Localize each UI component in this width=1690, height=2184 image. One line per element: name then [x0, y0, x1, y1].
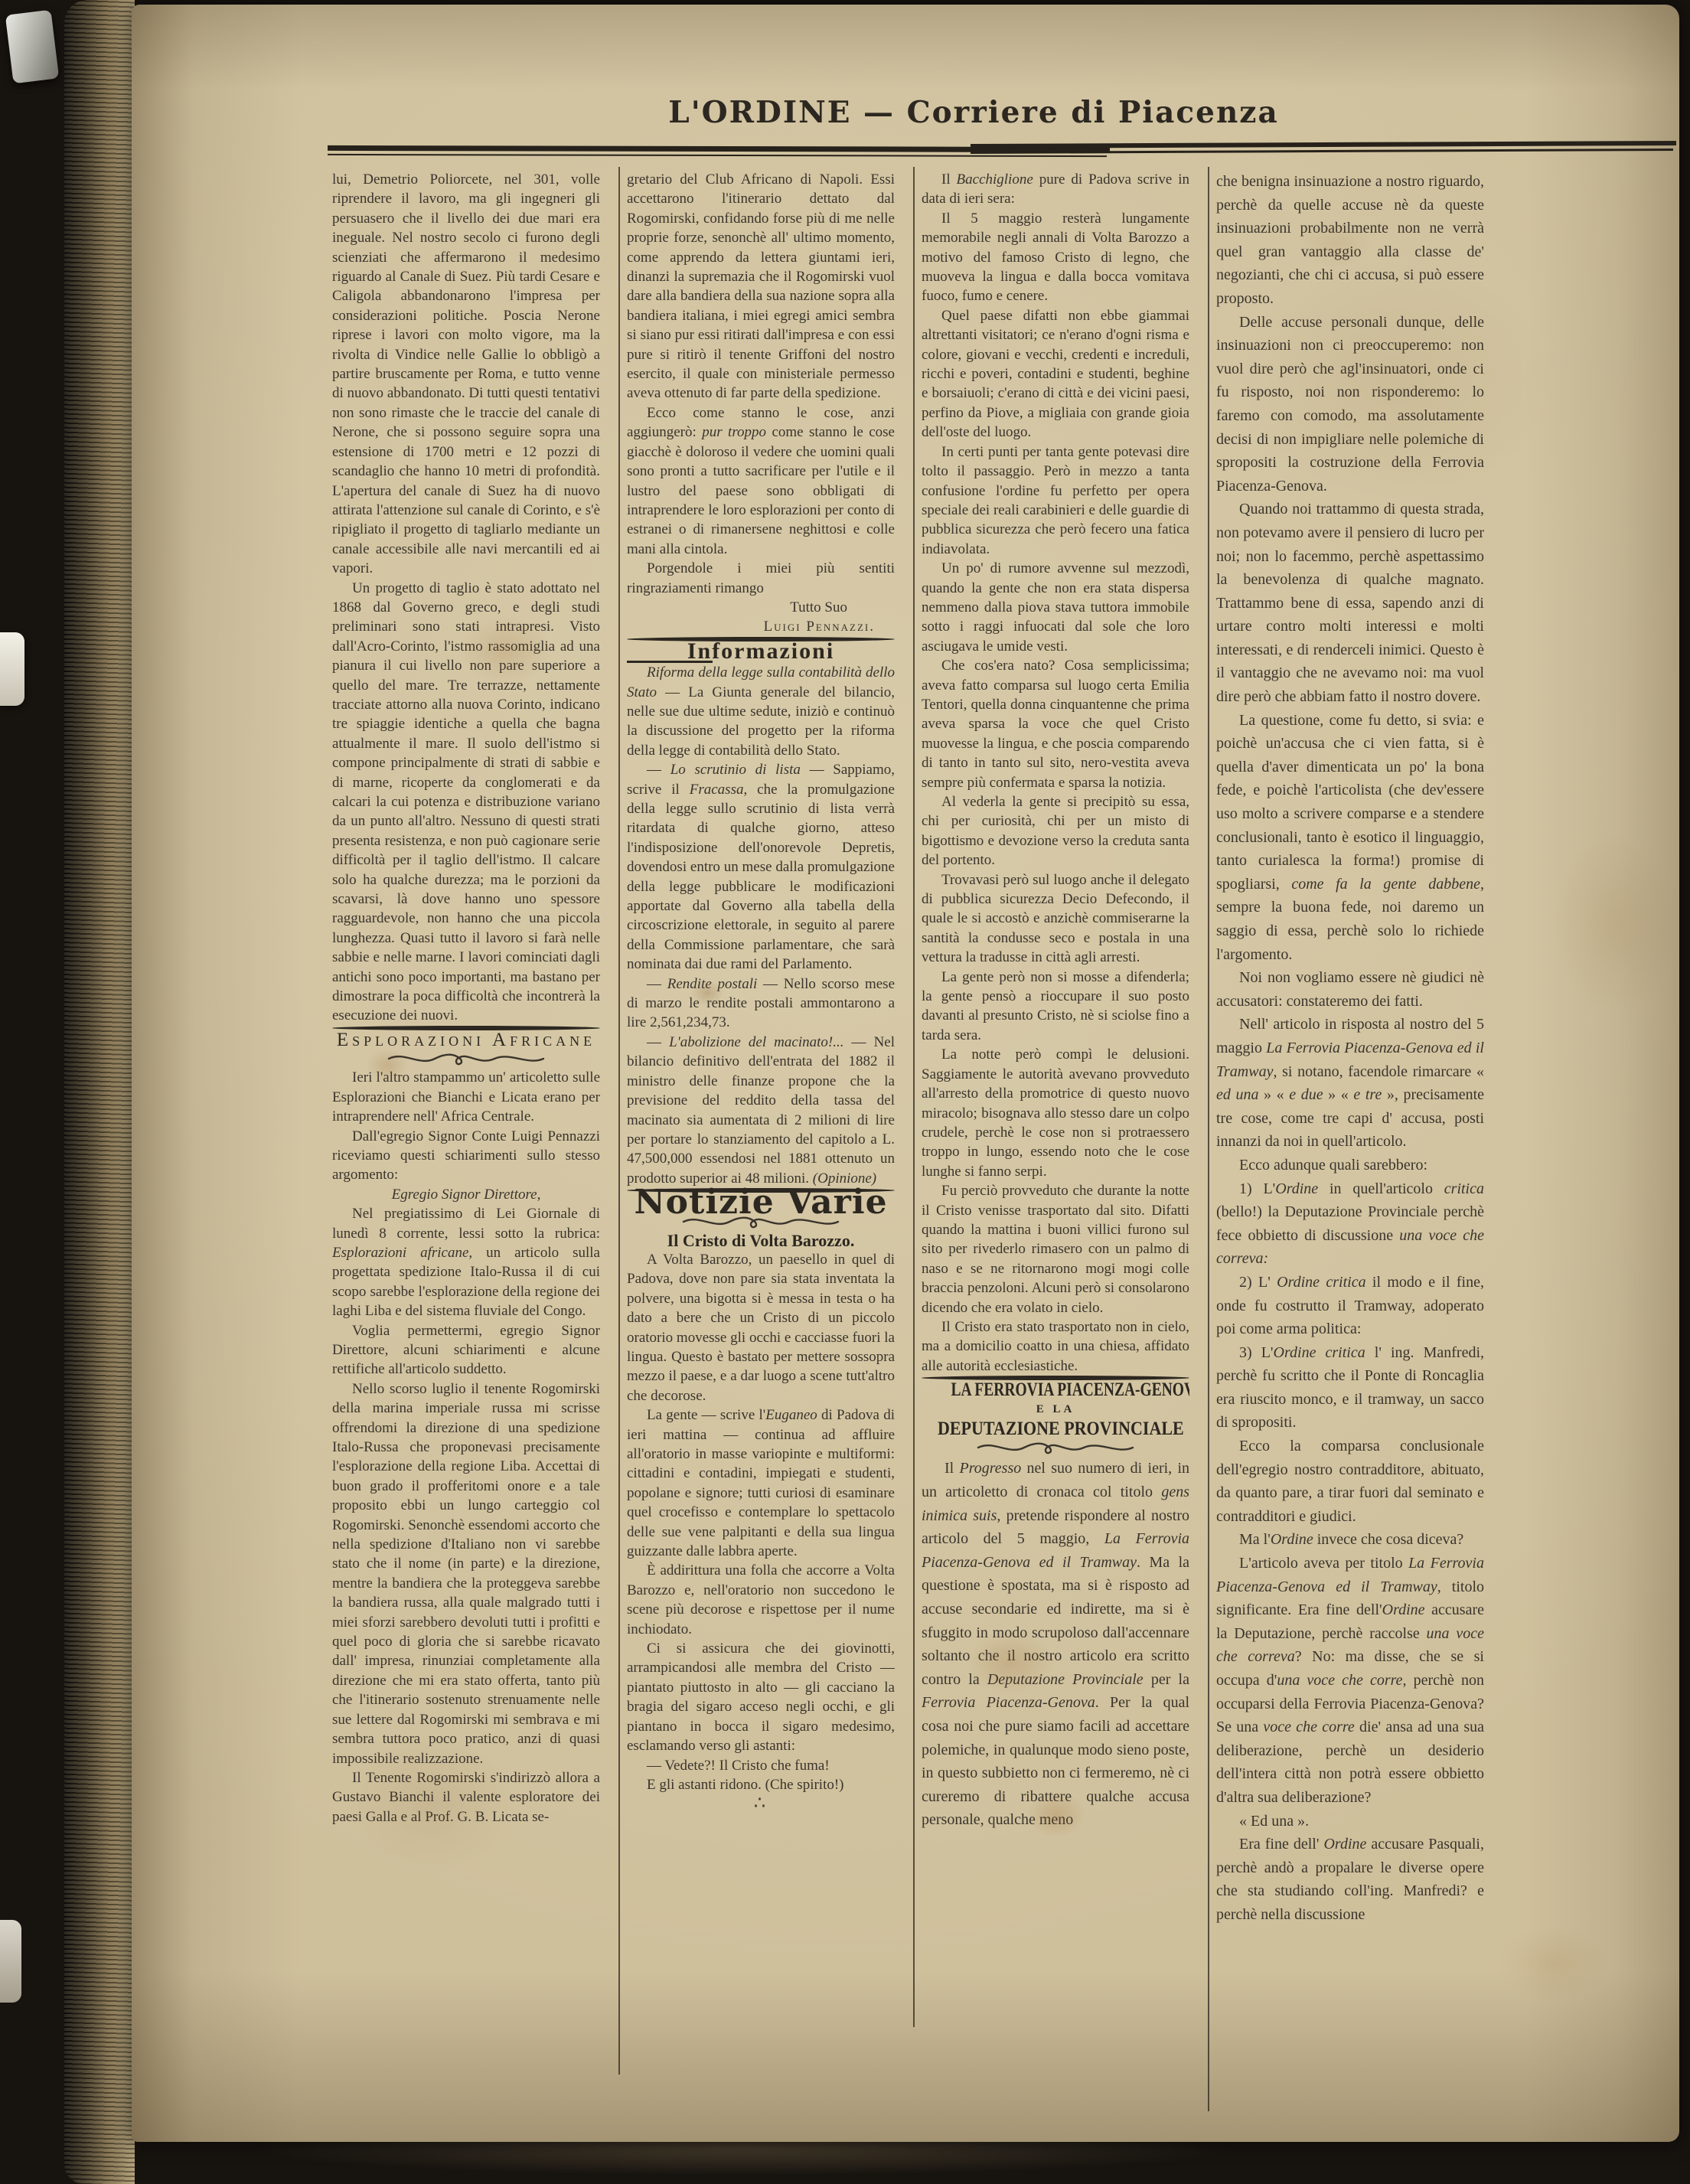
section-heading: Notizie Varie — [627, 1193, 895, 1212]
paragraph: Ma l'Ordine invece che cosa diceva? — [1216, 1528, 1484, 1552]
paragraph: Voglia permettermi, egregio Signor Diret… — [332, 1321, 600, 1379]
paragraph: che benigna insinuazione a nostro riguar… — [1216, 170, 1484, 311]
masthead-rule — [328, 154, 1107, 157]
paragraph: Riforma della legge sulla contabilità de… — [627, 663, 895, 760]
paper-stain — [1551, 831, 1682, 1015]
column-divider — [913, 167, 915, 2027]
paragraph: Ieri l'altro stampammo un' articoletto s… — [332, 1068, 600, 1126]
article-subheading: Il Cristo di Volta Barozzo. — [627, 1231, 895, 1250]
paragraph: È addirittura una folla che accorre a Vo… — [627, 1561, 895, 1639]
paragraph: « Ed una ». — [1216, 1810, 1484, 1833]
section-heading: Esplorazioni Africane — [332, 1030, 600, 1050]
paragraph: Il Tenente Rogomirski s'indirizzò allora… — [332, 1768, 600, 1827]
paragraph: E gli astanti ridono. (Che spirito!) — [627, 1775, 895, 1794]
column-4: che benigna insinuazione a nostro riguar… — [1216, 170, 1484, 2122]
masthead-rule — [971, 141, 1676, 149]
article-end-mark: ∴ — [627, 1794, 895, 1813]
salutation-line: Egregio Signor Direttore, — [332, 1185, 600, 1204]
paragraph: — Lo scrutinio di lista — Sappiamo, scri… — [627, 760, 895, 974]
paragraph: — Vedete?! Il Cristo che fuma! — [627, 1756, 895, 1775]
paragraph: Il Cristo era stato trasportato non in c… — [922, 1317, 1189, 1376]
paragraph: Ecco la comparsa conclusionale dell'egre… — [1216, 1435, 1484, 1528]
page-clip — [0, 632, 24, 706]
paragraph: — L'abolizione del macinato!... — Nel bi… — [627, 1033, 895, 1188]
column-divider — [618, 167, 620, 2075]
paragraph: Il 5 maggio resterà lungamente memorabil… — [922, 209, 1189, 306]
paragraph: Un po' di rumore avvenne sul mezzodì, qu… — [922, 559, 1189, 656]
paragraph: Nello scorso luglio il tenente Rogomirsk… — [332, 1379, 600, 1768]
paragraph: Fu perciò provveduto che durante la nott… — [922, 1181, 1189, 1317]
paragraph: Era fine dell' Ordine accusare Pasquali,… — [1216, 1833, 1484, 1926]
column-3: Il Bacchiglione pure di Padova scrive in… — [922, 170, 1189, 2122]
paragraph: La questione, come fu detto, si svia: e … — [1216, 709, 1484, 967]
paragraph: — Rendite postali — Nello scorso mese di… — [627, 974, 895, 1033]
paragraph: La gente però non si mosse a difenderla;… — [922, 968, 1189, 1046]
page-clip — [0, 1920, 21, 2003]
paragraph: lui, Demetrio Poliorcete, nel 301, volle… — [332, 170, 600, 579]
section-heading: Informazioni — [627, 641, 895, 661]
paragraph: Il Progresso nel suo numero di ieri, in … — [922, 1457, 1189, 1832]
paragraph: La notte però compì le delusioni. Saggia… — [922, 1045, 1189, 1181]
paragraph: gretario del Club Africano di Napoli. Es… — [627, 170, 895, 403]
ornament-squiggle — [332, 1050, 600, 1068]
paragraph: L'articolo aveva per titolo La Ferrovia … — [1216, 1552, 1484, 1810]
paragraph: In certi punti per tanta gente potevasi … — [922, 442, 1189, 559]
paragraph: Noi non vogliamo essere nè giudici nè ac… — [1216, 966, 1484, 1013]
paragraph: Delle accuse personali dunque, delle ins… — [1216, 311, 1484, 498]
paragraph: Quando noi trattammo di questa strada, n… — [1216, 498, 1484, 708]
paragraph: La gente — scrive l'Euganeo di Padova di… — [627, 1405, 895, 1561]
ornament-squiggle — [922, 1438, 1189, 1457]
paragraph: Nell' articolo in risposta al nostro del… — [1216, 1013, 1484, 1154]
paragraph: 1) L'Ordine in quell'articolo critica (b… — [1216, 1177, 1484, 1271]
newspaper-page: L'ORDINE — Corriere di Piacenza lui, Dem… — [132, 5, 1679, 2142]
table-edge-blur — [245, 2137, 1240, 2176]
metal-clamp — [5, 10, 60, 84]
article-heading-line1: LA FERROVIA PIACENZA-GENOVA — [951, 1380, 1160, 1399]
article-heading-line3: DEPUTAZIONE PROVINCIALE — [938, 1419, 1173, 1438]
paper-stain — [1496, 1924, 1610, 2004]
paragraph: Il Bacchiglione pure di Padova scrive in… — [922, 170, 1189, 209]
column-1: lui, Demetrio Poliorcete, nel 301, volle… — [332, 170, 600, 2122]
article-heading-line2: E LA — [922, 1400, 1189, 1419]
column-2: gretario del Club Africano di Napoli. Es… — [627, 170, 895, 2122]
paragraph: A Volta Barozzo, un paesello in quel di … — [627, 1250, 895, 1405]
masthead-title: L'ORDINE — Corriere di Piacenza — [622, 95, 1326, 130]
paragraph: Dall'egregio Signor Conte Luigi Pennazzi… — [332, 1127, 600, 1185]
column-divider — [1208, 167, 1209, 2111]
paragraph: Trovavasi però sul luogo anche il delega… — [922, 870, 1189, 968]
signature-closing: Tutto Suo — [627, 598, 895, 617]
paragraph: Al vederla la gente si precipitò su essa… — [922, 792, 1189, 870]
paragraph: Ecco adunque quali sarebbero: — [1216, 1154, 1484, 1177]
paragraph: Ci si assicura che dei giovinotti, arram… — [627, 1639, 895, 1755]
paragraph: 3) L'Ordine critica l' ing. Manfredi, pe… — [1216, 1341, 1484, 1435]
paragraph: Nel pregiatissimo di Lei Giornale di lun… — [332, 1204, 600, 1321]
book-page-edge-stack — [64, 0, 135, 2184]
signature-name: Luigi Pennazzi. — [627, 617, 895, 636]
paragraph: Ecco come stanno le cose, anzi aggiunger… — [627, 403, 895, 559]
paragraph: Porgendole i miei più sentiti ringraziam… — [627, 559, 895, 598]
paragraph: Che cos'era nato? Cosa semplicissima; av… — [922, 656, 1189, 792]
paragraph: 2) L' Ordine critica il modo e il fine, … — [1216, 1271, 1484, 1341]
paragraph: Quel paese difatti non ebbe giammai altr… — [922, 306, 1189, 442]
paragraph: Un progetto di taglio è stato adottato n… — [332, 579, 600, 1026]
scanned-newspaper-photo: { "masthead": { "title": "L'ORDINE — Cor… — [0, 0, 1690, 2184]
